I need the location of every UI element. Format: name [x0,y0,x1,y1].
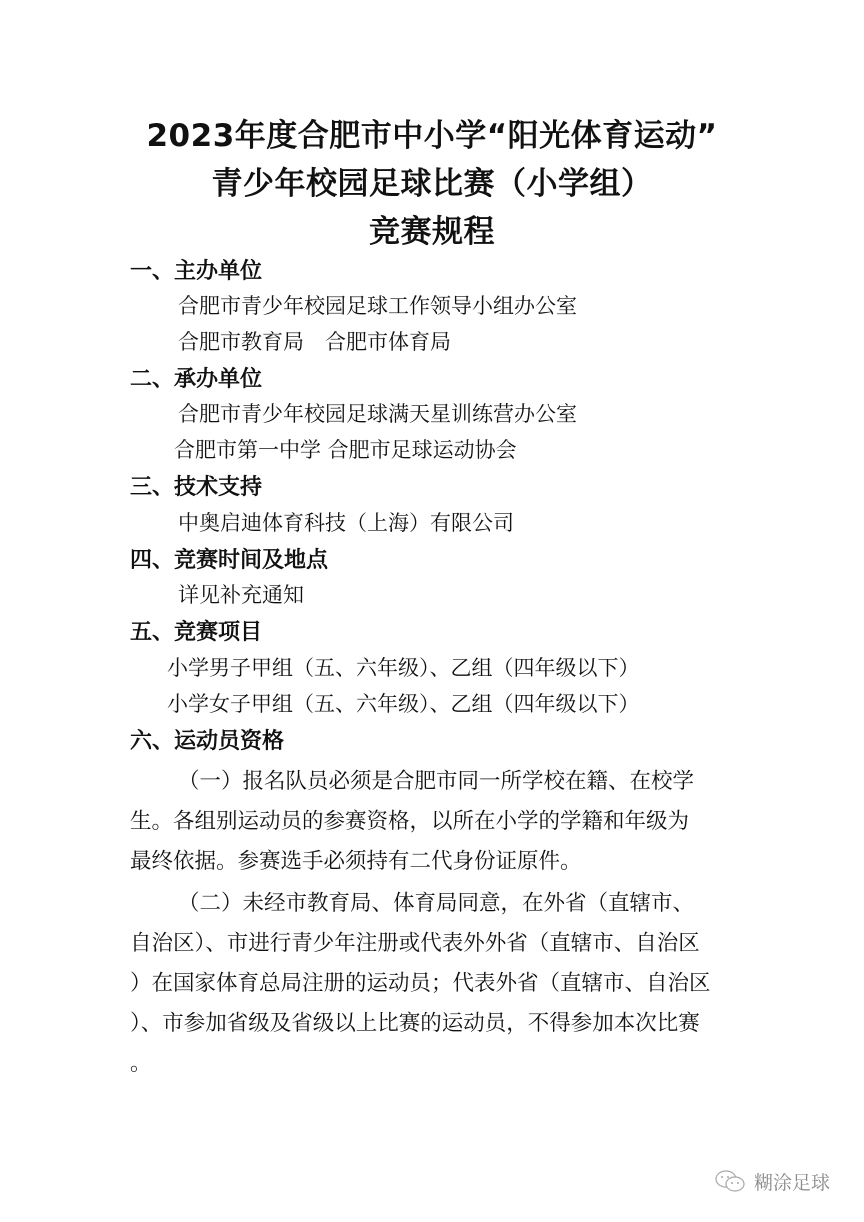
eligibility-para-line-2: 生。各组别运动员的参赛资格，以所在小学的学籍和年级为 [130,804,740,835]
eligibility-para-line-8: 。 [130,1046,740,1077]
eligibility-para-line-5: 自治区）、市进行青少年注册或代表外外省（直辖市、自治区 [130,926,740,957]
eligibility-para-line-4: （二）未经市教育局、体育局同意，在外省（直辖市、 [178,886,788,917]
watermark: 糊涂足球 [714,1168,830,1195]
eligibility-para-line-6: ）在国家体育总局注册的运动员；代表外省（直辖市、自治区 [130,966,740,997]
tech-support-line-1: 中奥启迪体育科技（上海）有限公司 [178,507,514,537]
host-line-2: 合肥市第一中学 合肥市足球运动协会 [174,434,517,464]
eligibility-para-line-1: （一）报名队员必须是合肥市同一所学校在籍、在校学 [178,764,788,795]
section-heading-host: 二、承办单位 [130,362,262,393]
eligibility-para-line-3: 最终依据。参赛选手必须持有二代身份证原件。 [130,844,740,875]
watermark-text: 糊涂足球 [754,1168,830,1195]
section-heading-events: 五、竞赛项目 [130,615,262,646]
organizer-line-2: 合肥市教育局 合肥市体育局 [178,326,451,356]
title-line-2: 青少年校园足球比赛（小学组） [0,158,864,203]
host-line-1: 合肥市青少年校园足球满天星训练营办公室 [178,398,577,428]
organizer-line-1: 合肥市青少年校园足球工作领导小组办公室 [178,290,577,320]
section-heading-eligibility: 六、运动员资格 [130,724,284,755]
section-heading-organizer: 一、主办单位 [130,254,262,285]
title-line-1: 2023年度合肥市中小学“阳光体育运动” [0,110,864,155]
events-line-boys: 小学男子甲组（五、六年级）、乙组（四年级以下） [167,652,640,682]
title-line-3: 竞赛规程 [0,206,864,251]
eligibility-para-line-7: ）、市参加省级及省级以上比赛的运动员，不得参加本次比赛 [130,1006,740,1037]
section-heading-time-place: 四、竞赛时间及地点 [130,543,328,574]
time-place-line-1: 详见补充通知 [178,579,304,609]
events-line-girls: 小学女子甲组（五、六年级）、乙组（四年级以下） [167,688,640,718]
section-heading-tech-support: 三、技术支持 [130,470,262,501]
wechat-icon [714,1169,748,1195]
